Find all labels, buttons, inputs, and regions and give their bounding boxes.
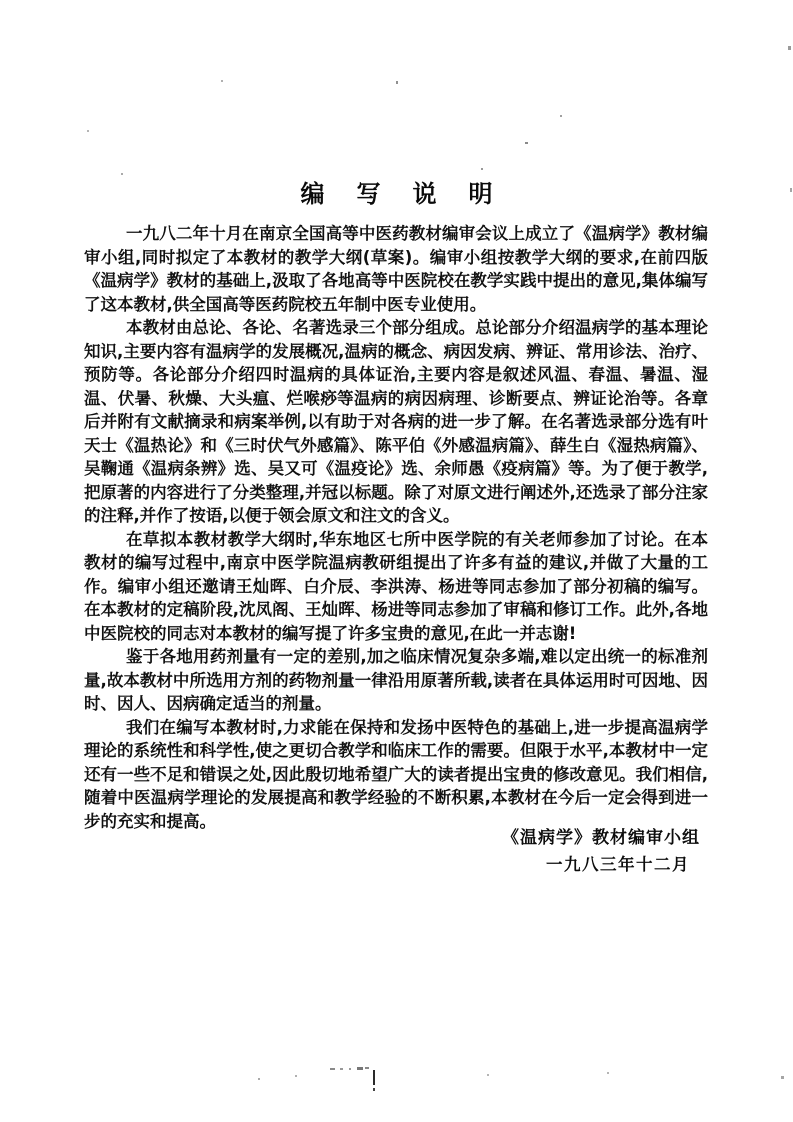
page-title: 编写说明 (0, 174, 793, 209)
scan-speck (87, 130, 89, 132)
scan-speck (525, 142, 528, 144)
paragraph-3: 在草拟本教材教学大纲时,华东地区七所中医学院的有关老师参加了讨论。在本教材的编写… (84, 528, 708, 646)
paragraph-2: 本教材由总论、各论、名著选录三个部分组成。总论部分介绍温病学的基本理论知识,主要… (84, 316, 708, 528)
scan-dash-row (349, 1068, 351, 1070)
paragraph-5: 我们在编写本教材时,力求能在保持和发扬中医特色的基础上,进一步提高温病学理论的系… (84, 716, 708, 834)
signature-organization: 《温病学》教材编审小组 (502, 826, 700, 851)
scan-dash-row (340, 1068, 343, 1070)
signature-date: 一九八三年十二月 (502, 853, 700, 877)
scanned-book-page: 编写说明 一九八二年十月在南京全国高等中医药教材编审会议上成立了《温病学》教材编… (0, 0, 793, 1122)
scan-speck (121, 173, 123, 175)
scan-dash-row (365, 1067, 369, 1069)
scan-speck (221, 80, 223, 82)
scan-speck (258, 1078, 260, 1080)
paragraph-4: 鉴于各地用药剂量有一定的差别,加之临床情况复杂多端,难以定出统一的标准剂量,故本… (84, 645, 708, 716)
scan-dash-row (357, 1067, 363, 1070)
scan-speck (560, 115, 562, 117)
scan-speck (781, 1076, 784, 1079)
scan-speck (790, 188, 792, 192)
scan-speck (481, 168, 483, 170)
scan-dash-row (330, 1068, 335, 1070)
scan-vertical-mark (373, 1070, 375, 1085)
scan-speck (487, 1074, 489, 1076)
scan-speck (295, 1075, 297, 1077)
signature-block: 《温病学》教材编审小组 一九八三年十二月 (502, 826, 700, 877)
scan-speck (607, 1072, 609, 1074)
scan-speck (396, 81, 398, 84)
paragraph-1: 一九八二年十月在南京全国高等中医药教材编审会议上成立了《温病学》教材编审小组,同… (84, 222, 708, 316)
document-body: 一九八二年十月在南京全国高等中医药教材编审会议上成立了《温病学》教材编审小组,同… (84, 222, 708, 833)
scan-speck (788, 46, 791, 50)
scan-vertical-mark-dot (373, 1088, 375, 1091)
